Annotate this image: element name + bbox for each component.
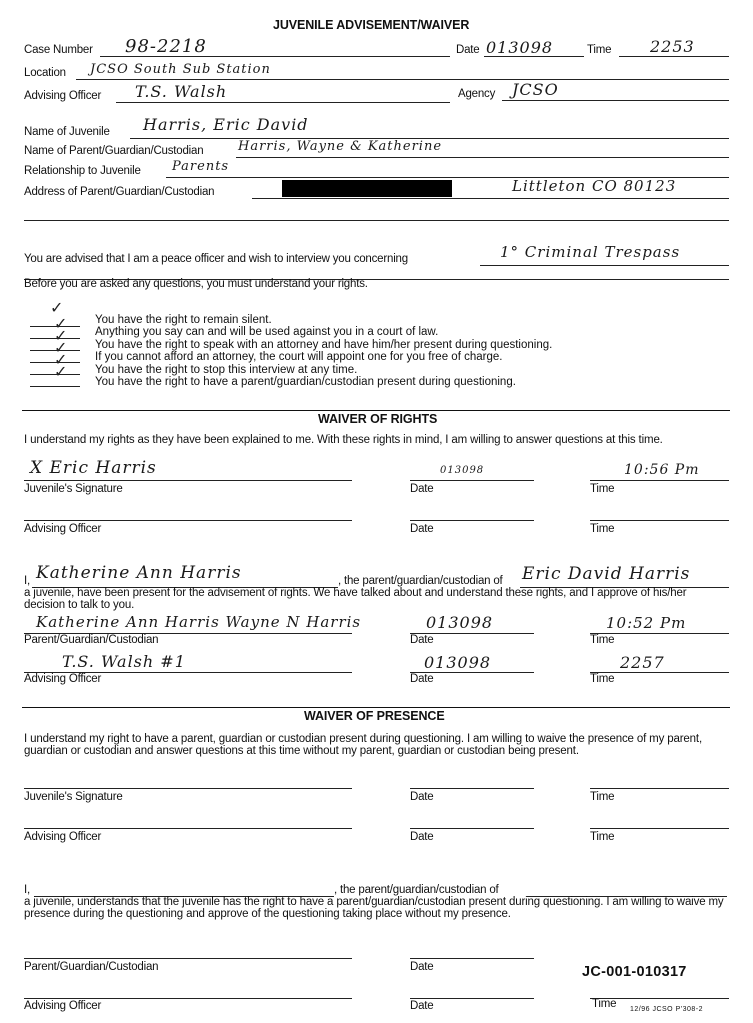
juvenile-name-value[interactable]: Harris, Eric David [143,115,309,134]
officer-date-line [410,520,534,521]
parent-of-text: , the parent/guardian/custodian of [338,575,503,587]
right-item: If you cannot afford an attorney, the co… [95,351,552,363]
time-line [619,56,729,57]
advising-officer-line [116,102,450,103]
form-code: 12/96 JCSO P'308-2 [630,1006,703,1013]
wp-officer2-date-line [410,998,534,999]
agency-label: Agency [458,88,495,100]
juvenile-signature-label: Juvenile's Signature [24,483,123,495]
wp-juvenile-date-line [410,788,534,789]
parent-signature-label: Parent/Guardian/Custodian [24,634,158,646]
officer2-date[interactable]: 013098 [424,653,491,672]
right-item: You have the right to remain silent. [95,314,552,326]
wp-officer2-date-label: Date [410,1000,434,1012]
waiver-of-rights-heading: WAIVER OF RIGHTS [318,412,437,426]
parent-signature[interactable]: Katherine Ann Harris Wayne N Harris [36,613,361,631]
right-item: You have the right to stop this intervie… [95,364,552,376]
officer-time-line [590,520,729,521]
date-value[interactable]: 013098 [486,38,553,57]
juvenile-name-label: Name of Juvenile [24,126,110,138]
wp-officer2-time-label: Time [592,998,616,1010]
parent-name-line [236,157,729,158]
before-questions-text: Before you are asked any questions, you … [24,278,368,290]
wp-parent-i: I, [24,884,30,896]
wp-officer-date-line [410,828,534,829]
agency-value[interactable]: JCSO [512,80,559,99]
location-label: Location [24,67,66,79]
juvenile-time-label: Time [590,483,614,495]
wp-officer-label: Advising Officer [24,831,101,843]
rights-checkboxes: ✓ ✓ ✓ ✓ ✓ ✓ [24,300,84,400]
concerning-value[interactable]: 1° Criminal Trespass [500,243,680,261]
case-number-label: Case Number [24,44,93,56]
waiver-presence-statement: I understand my right to have a parent, … [24,733,729,757]
wp-juvenile-signature-line [24,788,352,789]
juvenile-signature[interactable]: X Eric Harris [30,458,157,478]
parent-statement: a juvenile, have been present for the ad… [24,587,729,611]
address-label: Address of Parent/Guardian/Custodian [24,186,214,198]
juvenile-signature-line [24,480,352,481]
parent-name-handwritten[interactable]: Katherine Ann Harris [36,563,242,583]
agency-line [502,100,729,101]
advising-officer-label: Advising Officer [24,90,101,102]
juvenile-date[interactable]: 013098 [440,465,484,476]
waiver-of-presence-heading: WAIVER OF PRESENCE [304,709,445,723]
document-id: JC-001-010317 [582,964,687,980]
wp-officer2-signature-line [24,998,352,999]
form-title: JUVENILE ADVISEMENT/WAIVER [273,18,469,32]
juvenile-time[interactable]: 10:56 Pm [624,462,700,478]
officer-signature-line [24,520,352,521]
concerning-line [480,265,729,266]
section-divider [22,707,730,708]
relationship-label: Relationship to Juvenile [24,165,141,177]
relationship-value[interactable]: Parents [172,159,229,174]
check-line-6 [30,386,80,387]
address-line [252,198,729,199]
advisement-intro: You are advised that I am a peace office… [24,253,408,265]
address-line-2 [24,220,729,221]
wp-parent-date-line [410,958,534,959]
parent-time-label: Time [590,634,614,646]
date-label: Date [456,44,480,56]
wp-juvenile-date-label: Date [410,791,434,803]
wp-officer-time-label: Time [590,831,614,843]
address-value[interactable]: Littleton CO 80123 [512,177,676,195]
wp-juvenile-time-line [590,788,729,789]
checkmark-icon[interactable]: ✓ [54,362,67,381]
officer2-time[interactable]: 2257 [620,653,665,672]
wp-parent-signature-label: Parent/Guardian/Custodian [24,961,158,973]
officer2-label: Advising Officer [24,673,101,685]
wp-parent-of-text: , the parent/guardian/custodian of [334,884,499,896]
parent-i: I, [24,575,30,587]
juvenile-date-label: Date [410,483,434,495]
officer-label: Advising Officer [24,523,101,535]
officer2-date-label: Date [410,673,434,685]
time-label: Time [587,44,611,56]
wp-officer2-label: Advising Officer [24,1000,101,1012]
wp-parent-statement: a juvenile, understands that the juvenil… [24,896,729,920]
juvenile-time-line [590,480,729,481]
parent-date-label: Date [410,634,434,646]
officer2-time-label: Time [590,673,614,685]
rights-list: You have the right to remain silent. Any… [95,314,552,388]
right-item: You have the right to have a parent/guar… [95,376,552,388]
juvenile-date-line [410,480,534,481]
juvenile-fullname-handwritten[interactable]: Eric David Harris [522,564,690,584]
time-value[interactable]: 2253 [650,37,695,56]
wp-juvenile-time-label: Time [590,791,614,803]
wp-parent-date-label: Date [410,961,434,973]
location-value[interactable]: JCSO South Sub Station [90,62,271,77]
officer-time-label: Time [590,523,614,535]
wp-parent-signature-line [24,958,352,959]
officer-date-label: Date [410,523,434,535]
officer2-signature[interactable]: T.S. Walsh #1 [62,652,186,671]
address-redaction [282,180,452,197]
wp-officer-time-line [590,828,729,829]
wp-officer-signature-line [24,828,352,829]
wp-officer-date-label: Date [410,831,434,843]
parent-date[interactable]: 013098 [426,613,493,632]
parent-name-value[interactable]: Harris, Wayne & Katherine [238,139,442,154]
waiver-rights-statement: I understand my rights as they have been… [24,434,729,446]
location-line [76,79,729,80]
advising-officer-value[interactable]: T.S. Walsh [135,82,227,101]
section-divider [22,410,730,411]
wp-juvenile-signature-label: Juvenile's Signature [24,791,123,803]
right-item: Anything you say can and will be used ag… [95,326,552,338]
parent-name-label: Name of Parent/Guardian/Custodian [24,145,203,157]
parent-time[interactable]: 10:52 Pm [606,614,686,632]
right-item: You have the right to speak with an atto… [95,339,552,351]
case-number-value[interactable]: 98-2218 [125,36,207,57]
